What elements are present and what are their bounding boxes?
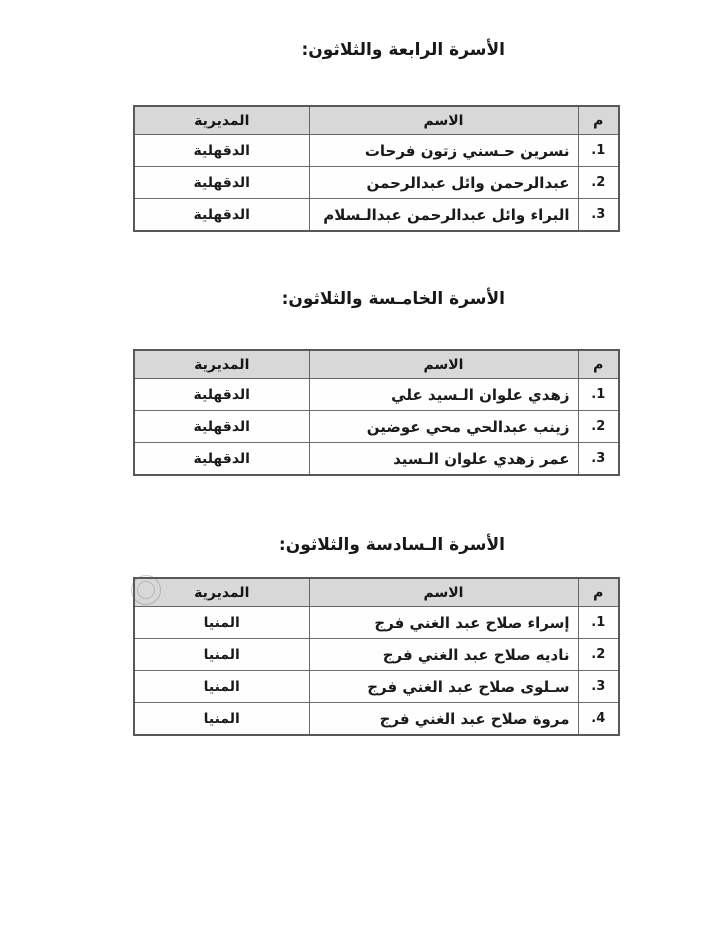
directorate-cell: الدقهلية <box>134 379 309 411</box>
serial-cell: 3. <box>578 443 619 476</box>
name-cell: نسرين حـسني زتون فرحات <box>309 135 578 167</box>
family-35-heading: الأسرة الخامـسة والثلاثون: <box>282 289 505 309</box>
name-cell: زهدي علوان الـسيد علي <box>309 379 578 411</box>
serial-cell: 1. <box>578 379 619 411</box>
table-row: 1. نسرين حـسني زتون فرحات الدقهلية <box>134 135 619 167</box>
directorate-cell: المنيا <box>134 671 309 703</box>
family-34-heading: الأسرة الرابعة والثلاثون: <box>301 40 505 60</box>
serial-cell: 3. <box>578 671 619 703</box>
directorate-cell: الدقهلية <box>134 167 309 199</box>
table-header-row: م الاسم المديرية <box>134 578 619 607</box>
name-column-header: الاسم <box>309 578 578 607</box>
table-row: 2. عبدالرحمن وائل عبدالرحمن الدقهلية <box>134 167 619 199</box>
table-row: 2. زينب عبدالحي محي عوضين الدقهلية <box>134 411 619 443</box>
serial-cell: 1. <box>578 607 619 639</box>
name-cell: عبدالرحمن وائل عبدالرحمن <box>309 167 578 199</box>
directorate-cell: الدقهلية <box>134 411 309 443</box>
document-page: { "page": { "background": "#ffffff", "he… <box>0 0 720 932</box>
family-35-table: م الاسم المديرية 1. زهدي علوان الـسيد عل… <box>133 349 620 476</box>
serial-column-header: م <box>578 106 619 135</box>
table-header-row: م الاسم المديرية <box>134 106 619 135</box>
family-34-table: م الاسم المديرية 1. نسرين حـسني زتون فرح… <box>133 105 620 232</box>
table-header-row: م الاسم المديرية <box>134 350 619 379</box>
directorate-cell: المنيا <box>134 607 309 639</box>
name-cell: عمر زهدي علوان الـسيد <box>309 443 578 476</box>
serial-column-header: م <box>578 578 619 607</box>
directorate-cell: المنيا <box>134 703 309 736</box>
table-row: 1. زهدي علوان الـسيد علي الدقهلية <box>134 379 619 411</box>
serial-cell: 2. <box>578 167 619 199</box>
serial-cell: 2. <box>578 639 619 671</box>
name-cell: سـلوى صلاح عبد الغني فرج <box>309 671 578 703</box>
name-cell: إسراء صلاح عبد الغني فرج <box>309 607 578 639</box>
name-column-header: الاسم <box>309 106 578 135</box>
family-36-heading: الأسرة الـسادسة والثلاثون: <box>279 535 505 555</box>
name-cell: زينب عبدالحي محي عوضين <box>309 411 578 443</box>
name-cell: مروة صلاح عبد الغني فرج <box>309 703 578 736</box>
table-row: 1. إسراء صلاح عبد الغني فرج المنيا <box>134 607 619 639</box>
serial-cell: 4. <box>578 703 619 736</box>
directorate-cell: الدقهلية <box>134 135 309 167</box>
table-row: 2. ناديه صلاح عبد الغني فرج المنيا <box>134 639 619 671</box>
table-row: 3. عمر زهدي علوان الـسيد الدقهلية <box>134 443 619 476</box>
name-column-header: الاسم <box>309 350 578 379</box>
directorate-cell: الدقهلية <box>134 199 309 232</box>
table-row: 3. البراء وائل عبدالرحمن عبدالـسلام الدق… <box>134 199 619 232</box>
name-cell: ناديه صلاح عبد الغني فرج <box>309 639 578 671</box>
directorate-column-header: المديرية <box>134 350 309 379</box>
directorate-column-header: المديرية <box>134 578 309 607</box>
table-row: 4. مروة صلاح عبد الغني فرج المنيا <box>134 703 619 736</box>
name-cell: البراء وائل عبدالرحمن عبدالـسلام <box>309 199 578 232</box>
serial-cell: 3. <box>578 199 619 232</box>
directorate-column-header: المديرية <box>134 106 309 135</box>
family-36-table: م الاسم المديرية 1. إسراء صلاح عبد الغني… <box>133 577 620 736</box>
directorate-cell: المنيا <box>134 639 309 671</box>
serial-cell: 1. <box>578 135 619 167</box>
serial-column-header: م <box>578 350 619 379</box>
directorate-cell: الدقهلية <box>134 443 309 476</box>
serial-cell: 2. <box>578 411 619 443</box>
table-row: 3. سـلوى صلاح عبد الغني فرج المنيا <box>134 671 619 703</box>
